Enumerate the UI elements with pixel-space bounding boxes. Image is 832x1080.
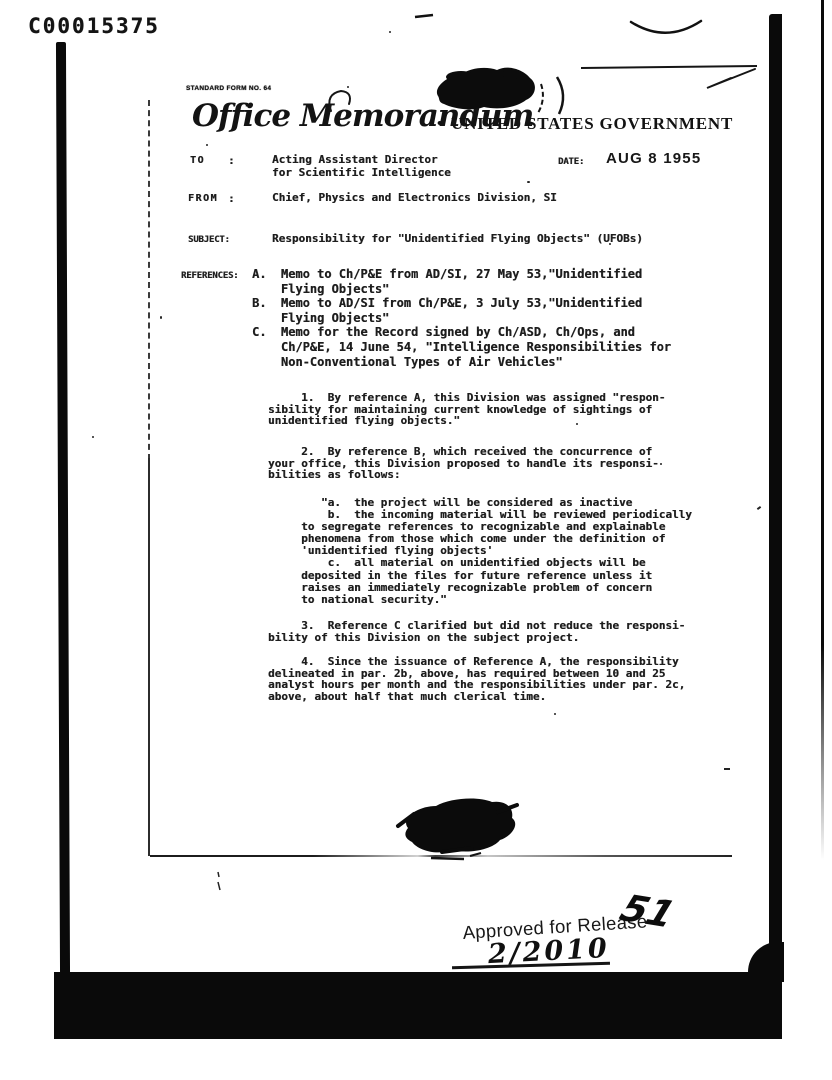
references-label: REFERENCES: [181,271,238,281]
text-line: bilities as follows: [268,469,659,481]
date-stamp: AUG 8 1955 [606,150,701,167]
pen-stroke-1 [538,84,543,113]
header-ink-blob-lump [446,71,476,83]
document-id: C00015375 [28,14,160,38]
margin-tick-marks [218,872,220,890]
scan-bottom-black-bar [54,972,782,1039]
noise-speck [757,506,761,510]
text-line: raises an immediately recognizable probl… [268,582,692,594]
to-value-line2: for Scientific Intelligence [272,166,451,179]
scanned-memo-page: { "page": { "doc_id": "C00015375", "form… [0,0,832,1080]
subject-label: SUBJECT: [188,235,230,245]
signature-stroke-right [498,805,517,812]
scan-edge-line [821,0,824,860]
standard-form-label: STANDARD FORM NO. 64 [186,85,271,92]
signature-stroke-bottom [442,848,472,852]
signature-ink-blob [405,799,515,853]
noise-speck [576,423,578,425]
to-label: TO [190,155,205,166]
text-line: Flying Objects" [252,311,671,326]
body-paragraph-2: 2. By reference B, which received the co… [268,446,659,481]
from-label: FROM [188,193,218,204]
pencil-dash [415,15,433,17]
text-line: A. Memo to Ch/P&E from AD/SI, 27 May 53,… [252,267,671,282]
noise-speck [724,768,730,770]
signature-stroke-left [398,814,414,826]
from-colon: : [228,192,235,205]
page-frame-left-dashed [148,100,150,460]
noise-speck [160,316,162,319]
body-quoted-subitems: "a. the project will be considered as in… [268,497,692,606]
noise-speck [206,144,208,146]
text-line: 3. Reference C clarified but did not red… [268,620,685,632]
text-line: C. Memo for the Record signed by Ch/ASD,… [252,325,671,340]
text-line: Non-Conventional Types of Air Vehicles" [252,355,671,370]
signature-underline [431,858,464,859]
text-line: to national security." [268,594,692,606]
page-frame-left-solid [148,458,150,856]
us-government-title: UNITED STATES GOVERNMENT [451,114,733,134]
pen-stroke-2 [557,77,563,114]
noise-speck [92,436,94,438]
from-value: Chief, Physics and Electronics Division,… [272,191,557,204]
page-frame-bottom-line [150,855,732,857]
text-line: c. all material on unidentified objects … [268,557,692,569]
to-value-line1: Acting Assistant Director [272,153,438,166]
text-line: deposited in the files for future refere… [268,570,692,582]
date-label: DATE: [558,157,584,167]
to-colon: : [228,154,235,167]
subject-value: Responsibility for "Unidentified Flying … [272,232,643,245]
text-line: unidentified flying objects." [268,415,665,427]
text-line: bility of this Division on the subject p… [268,632,685,644]
text-line: 4. Since the issuance of Reference A, th… [268,656,685,668]
header-ink-blob-lump2 [502,69,522,79]
scan-right-black-bar [769,14,782,972]
text-line: 1. By reference A, this Division was ass… [268,392,665,404]
page-top-line [581,66,757,68]
handwritten-page-number: 51 [614,887,681,936]
text-line: above, about half that much clerical tim… [268,691,685,703]
text-line: Flying Objects" [252,282,671,297]
noise-speck [660,463,662,465]
noise-speck [609,243,611,245]
noise-speck [389,31,391,33]
text-line: Ch/P&E, 14 June 54, "Intelligence Respon… [252,340,671,355]
title-separator-dot: • [437,116,442,133]
body-paragraph-1: 1. By reference A, this Division was ass… [268,392,665,427]
text-line: 2. By reference B, which received the co… [268,446,659,458]
handwritten-arc [631,21,701,33]
text-line: B. Memo to AD/SI from Ch/P&E, 3 July 53,… [252,296,671,311]
scan-left-black-bar [56,42,70,977]
body-paragraph-3: 3. Reference C clarified but did not red… [268,620,685,643]
arrow-flick [707,69,755,88]
noise-speck [554,713,556,715]
noise-speck [527,181,530,183]
noise-speck [347,86,349,88]
references-list: A. Memo to Ch/P&E from AD/SI, 27 May 53,… [252,267,671,369]
body-paragraph-4: 4. Since the issuance of Reference A, th… [268,656,685,703]
